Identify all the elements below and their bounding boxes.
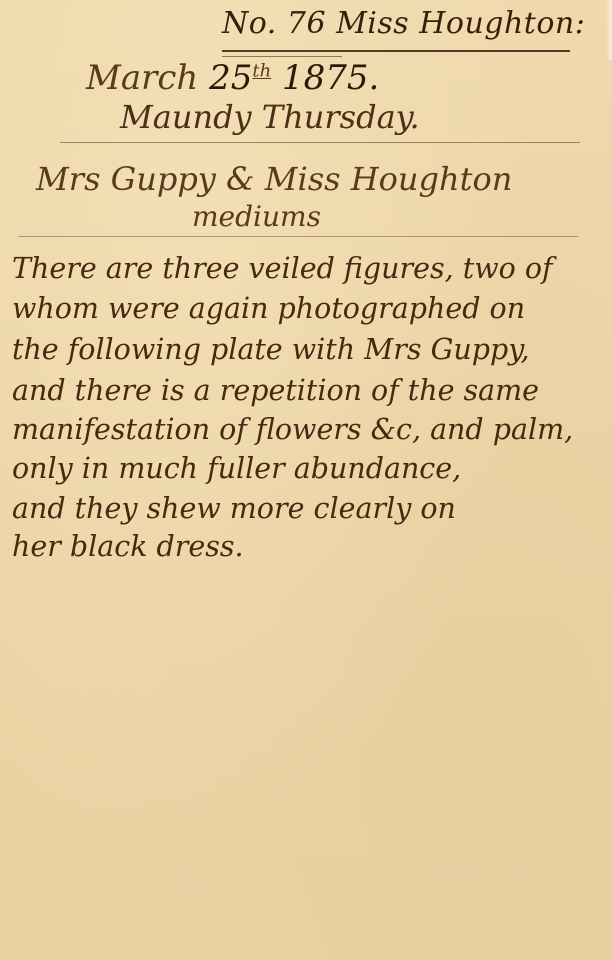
card-occasion: Maundy Thursday.	[120, 98, 420, 136]
date-month: March	[86, 58, 198, 98]
card-number: No. 76	[222, 6, 326, 41]
card-subject: Miss Houghton:	[336, 6, 585, 41]
body-line: There are three veiled figures, two of	[12, 252, 553, 285]
mediums-names: Mrs Guppy & Miss Houghton	[36, 160, 512, 198]
date-day-suffix: th	[252, 61, 271, 82]
body-line: and they shew more clearly on	[12, 492, 456, 525]
body-line: manifestation of flowers &c, and palm,	[12, 413, 573, 446]
title-underline	[222, 50, 570, 52]
body-line: whom were again photographed on	[12, 292, 525, 325]
divider-rule	[60, 142, 580, 143]
card-date: March 25th 1875.	[86, 58, 379, 98]
date-day: 25	[209, 58, 252, 98]
paper-edge	[606, 0, 612, 60]
handwritten-card: No. 76 Miss Houghton: March 25th 1875. M…	[0, 0, 612, 960]
body-line: only in much fuller abundance,	[12, 452, 461, 485]
divider-rule	[18, 236, 578, 237]
body-line: her black dress.	[12, 530, 244, 563]
body-line: and there is a repetition of the same	[12, 374, 539, 407]
body-line: the following plate with Mrs Guppy,	[12, 333, 530, 366]
mediums-label: mediums	[192, 200, 321, 233]
card-title: No. 76 Miss Houghton:	[222, 6, 585, 41]
date-year: 1875.	[282, 58, 379, 98]
title-double-underline	[222, 56, 342, 57]
